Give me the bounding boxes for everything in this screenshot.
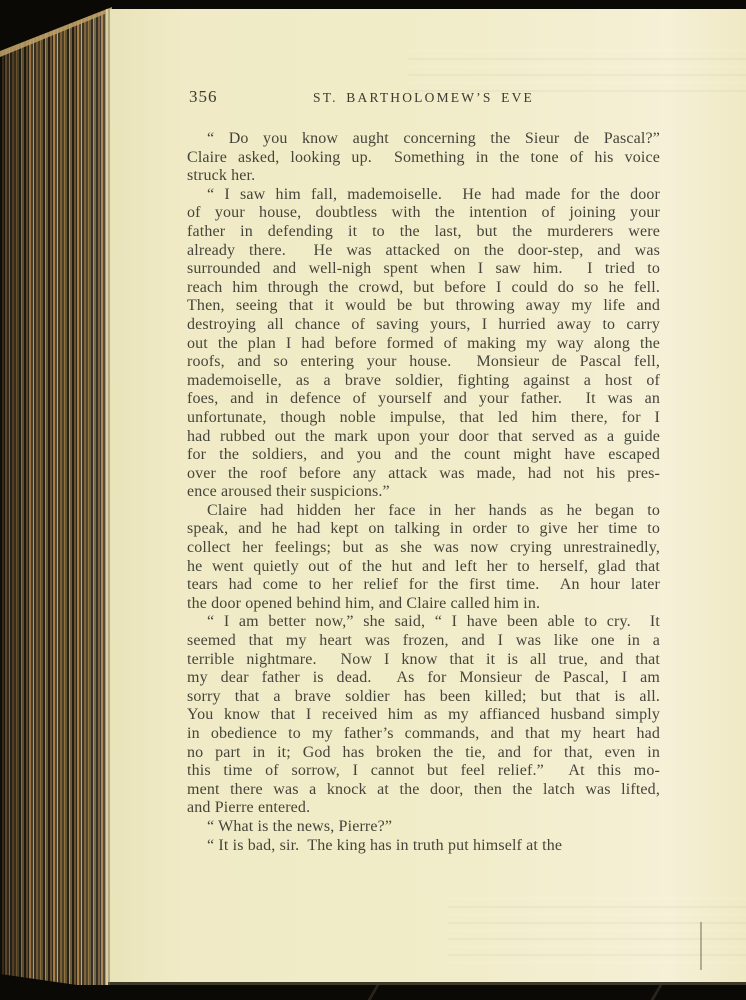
text-line: surrounded and well-nigh spent when I sa… xyxy=(187,260,660,279)
text-line: “ What is the news, Pierre?” xyxy=(187,818,660,837)
text-line: tears had come to her relief for the fir… xyxy=(187,576,660,595)
text-line: You know that I received him as my affia… xyxy=(187,706,660,725)
text-line: the door opened behind him, and Claire c… xyxy=(187,595,660,614)
paragraph: “ I am better now,” she said, “ I have b… xyxy=(187,613,660,818)
paragraph: “ What is the news, Pierre?” xyxy=(187,818,660,837)
book-page: 356 ST. BARTHOLOMEW’S EVE “ Do you know … xyxy=(106,9,746,985)
text-line: ence aroused their suspicions.” xyxy=(187,483,660,502)
text-line: and Pierre entered. xyxy=(187,799,660,818)
text-line: already there. He was attacked on the do… xyxy=(187,242,660,261)
page-content: 356 ST. BARTHOLOMEW’S EVE “ Do you know … xyxy=(187,9,660,855)
text-line: over the roof before any attack was made… xyxy=(187,465,660,484)
text-line: reach him through the crowd, but before … xyxy=(187,279,660,298)
text-line: Claire had hidden her face in her hands … xyxy=(187,502,660,521)
text-line: my dear father is dead. As for Monsieur … xyxy=(187,669,660,688)
text-line: in obedience to my father’s commands, an… xyxy=(187,725,660,744)
page-fold-line xyxy=(700,922,702,970)
text-block: “ Do you know aught concerning the Sieur… xyxy=(187,130,660,855)
text-line: speak, and he had kept on talking in ord… xyxy=(187,520,660,539)
text-line: sorry that a brave soldier has been kill… xyxy=(187,688,660,707)
cover-seam-mark xyxy=(368,985,380,1000)
text-line: Claire asked, looking up. Something in t… xyxy=(187,149,660,168)
text-line: for the soldiers, and you and the count … xyxy=(187,446,660,465)
text-line: ment there was a knock at the door, then… xyxy=(187,781,660,800)
running-title: ST. BARTHOLOMEW’S EVE xyxy=(187,87,660,106)
text-line: struck her. xyxy=(187,167,660,186)
paragraph: “ It is bad, sir. The king has in truth … xyxy=(187,837,660,856)
text-line: of your house, doubtless with the intent… xyxy=(187,204,660,223)
text-line: no part in it; God has broken the tie, a… xyxy=(187,744,660,763)
text-line: terrible nightmare. Now I know that it i… xyxy=(187,651,660,670)
text-line: collect her feelings; but as she was now… xyxy=(187,539,660,558)
text-line: had rubbed out the mark upon your door t… xyxy=(187,428,660,447)
cover-seam-mark xyxy=(651,985,663,1000)
paragraph: “ I saw him fall, mademoiselle. He had m… xyxy=(187,186,660,502)
text-line: “ Do you know aught concerning the Sieur… xyxy=(187,130,660,149)
text-line: foes, and in defence of yourself and you… xyxy=(187,390,660,409)
text-line: “ It is bad, sir. The king has in truth … xyxy=(187,837,660,856)
background-band-top xyxy=(112,0,746,9)
scanned-book-photo: 356 ST. BARTHOLOMEW’S EVE “ Do you know … xyxy=(0,0,746,1000)
text-line: destroying all chance of saving yours, I… xyxy=(187,316,660,335)
page-number: 356 xyxy=(189,87,218,107)
background-band-bottom xyxy=(0,985,746,1000)
paragraph: “ Do you know aught concerning the Sieur… xyxy=(187,130,660,186)
text-line: father in defending it to the last, but … xyxy=(187,223,660,242)
text-line: roofs, and so entering your house. Monsi… xyxy=(187,353,660,372)
text-line: “ I saw him fall, mademoiselle. He had m… xyxy=(187,186,660,205)
text-line: seemed that my heart was frozen, and I w… xyxy=(187,632,660,651)
running-header: 356 ST. BARTHOLOMEW’S EVE xyxy=(187,87,660,107)
paragraph: Claire had hidden her face in her hands … xyxy=(187,502,660,614)
text-line: mademoiselle, as a brave soldier, fighti… xyxy=(187,372,660,391)
book-fore-edge-stack xyxy=(0,0,112,1000)
text-line: he went quietly out of the hut and left … xyxy=(187,558,660,577)
text-line: unfortunate, though noble impulse, that … xyxy=(187,409,660,428)
text-line: Then, seeing that it would be but throwi… xyxy=(187,297,660,316)
text-line: out the plan I had before formed of maki… xyxy=(187,335,660,354)
text-line: “ I am better now,” she said, “ I have b… xyxy=(187,613,660,632)
text-line: this time of sorrow, I cannot but feel r… xyxy=(187,762,660,781)
